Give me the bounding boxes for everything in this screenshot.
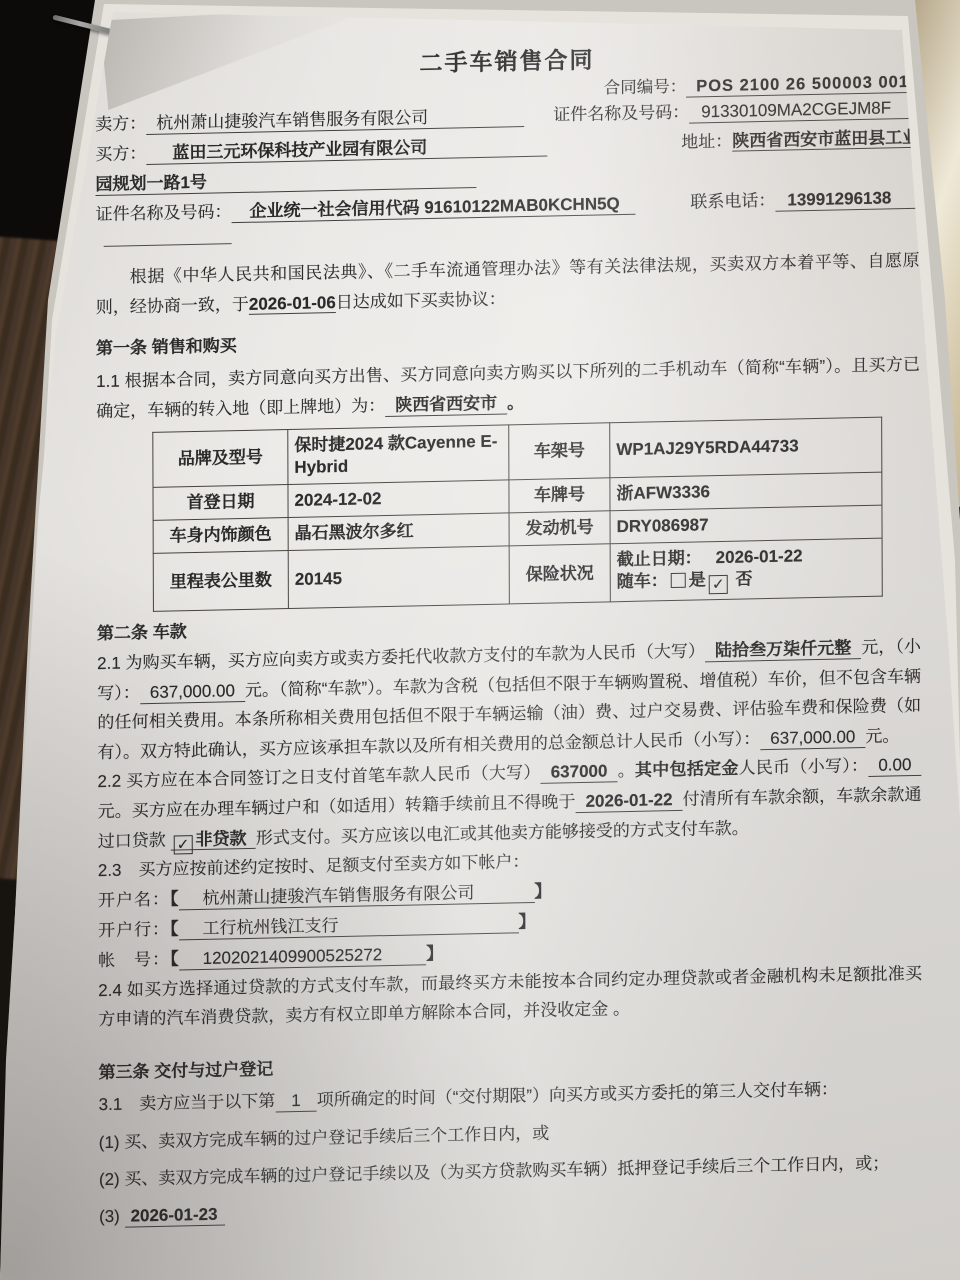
vehicle-table: 品牌及型号 保时捷2024 款Cayenne E-Hybrid 车架号 WP1A… xyxy=(152,417,882,612)
agreement-date: 2026-01-06 xyxy=(249,293,336,315)
color-value: 晶石黑波尔多红 xyxy=(288,513,509,551)
delivery-option-number: 1 xyxy=(275,1091,317,1113)
seller-id-label: 证件名称及号码： xyxy=(553,103,689,125)
brand-label: 品牌及型号 xyxy=(153,430,288,488)
seller-id-value: 91330109MA2CGEJM8F xyxy=(689,98,919,124)
first-reg-label: 首登日期 xyxy=(153,485,288,521)
contract-page: 二手车销售合同 合同编号：POS 2100 26 500003 001 卖方：杭… xyxy=(0,0,960,1280)
checkmark-icon: ✓ xyxy=(712,576,725,593)
yes-label: 是 xyxy=(689,570,706,589)
checkmark-icon: ✓ xyxy=(177,836,190,853)
contract-number-value: POS 2100 26 500003 001 xyxy=(686,73,915,98)
bracket-close: 】 xyxy=(534,882,551,901)
payment-method-underline: ✓非贷款 xyxy=(170,828,256,850)
phone-value: 13991296138 xyxy=(775,188,919,212)
color-label: 车身内饰颜色 xyxy=(153,518,288,554)
bank-account-number: 1202021409900525272 xyxy=(179,944,427,970)
phone-label: 联系电话： xyxy=(690,191,775,212)
buyer-id-value: 企业统一社会信用代码 91610122MAB0KCHN5Q xyxy=(231,194,635,223)
buyer-label: 买方： xyxy=(95,144,146,164)
clause-1-1-period: 。 xyxy=(507,393,524,412)
photo-scene: 二手车销售合同 合同编号：POS 2100 26 500003 001 卖方：杭… xyxy=(0,0,960,1280)
cutoff-label: 截止日期： xyxy=(617,548,702,569)
mileage-label: 里程表公里数 xyxy=(153,551,288,612)
total-amount-numeric: 637,000.00 xyxy=(760,727,865,750)
bank-name-label: 开户名： xyxy=(98,890,170,911)
delivery-item-3-label: (3) xyxy=(99,1207,120,1226)
first-reg-value: 2024-12-02 xyxy=(288,480,509,518)
clause-2-2-seg2: 。 xyxy=(617,761,635,780)
nonloan-option: 非贷款 xyxy=(195,829,246,849)
insurance-withcar-line: 随车：是✓ 否 xyxy=(617,566,876,596)
buyer-name: 蓝田三元环保科技产业园有限公司 xyxy=(146,136,547,165)
bank-branch-label: 开户行： xyxy=(98,920,170,941)
checkbox-nonloan-checked: ✓ xyxy=(173,835,192,854)
buyer-id-label: 证件名称及号码： xyxy=(96,202,232,224)
insurance-cell: 截止日期：2026-01-22 随车：是✓ 否 xyxy=(610,538,882,602)
bank-branch-name: 工行杭州钱江支行 xyxy=(179,912,519,940)
preamble-tail: 日达成如下买卖协议： xyxy=(336,289,506,312)
clause-2-2-seg3: 人民币（小写）： xyxy=(739,756,869,778)
brand-value: 保时捷2024 款Cayenne E-Hybrid xyxy=(288,425,509,485)
deposit-bold-text: 其中包括定金 xyxy=(635,759,739,780)
clause-3-1-seg1: 3.1 卖方应当于以下第 xyxy=(99,1092,276,1115)
bank-account-label: 帐 号： xyxy=(98,950,170,971)
deposit-value: 0.00 xyxy=(868,755,921,777)
loan-option-unchecked: 口贷款 xyxy=(115,830,166,850)
bracket-open: 【 xyxy=(170,920,179,939)
clause-3-1-seg2: 项所确定的时间（“交付期限”）向买方或买方委托的第三人交付车辆： xyxy=(317,1080,838,1110)
address-label: 地址： xyxy=(681,132,732,152)
balance-due-date: 2026-01-22 xyxy=(576,790,683,813)
address-value-line1: 陕西省西安市蓝田县工业 xyxy=(732,128,919,152)
engine-label: 发动机号 xyxy=(509,511,610,546)
cutoff-date: 2026-01-22 xyxy=(702,546,803,567)
amount-capital-cn: 陆拾叁万柒仟元整 xyxy=(705,638,861,662)
withcar-label: 随车： xyxy=(617,571,668,591)
seller-name: 杭州萧山捷骏汽车销售服务有限公司 xyxy=(146,106,524,135)
plate-label: 车牌号 xyxy=(509,478,610,513)
checkbox-yes-unchecked xyxy=(671,573,686,588)
first-payment-value: 637000 xyxy=(541,762,618,785)
clause-2-2-seg4: 元。买方应在办理车辆过户和（如适用）转籍手续前且不得晚于 xyxy=(98,792,576,821)
bracket-close: 】 xyxy=(518,912,535,931)
amount-numeric: 637,000.00 xyxy=(140,681,245,704)
mileage-value: 20145 xyxy=(288,546,509,609)
checkbox-no-checked: ✓ xyxy=(709,575,728,594)
registration-place: 陕西省西安市 xyxy=(385,393,507,417)
seller-label: 卖方： xyxy=(95,114,146,134)
preamble-paragraph: 根据《中华人民共和国民法典》、《二手车流通管理办法》等有关法律法规，买卖双方本着… xyxy=(96,246,920,323)
no-label: 否 xyxy=(735,569,752,588)
bracket-open: 【 xyxy=(170,950,179,969)
clause-1-1: 1.1 根据本合同，卖方同意向买方出售、买方同意向卖方购买以下所列的二手机动车（… xyxy=(96,350,920,427)
delivery-date: 2026-01-23 xyxy=(125,1205,226,1228)
address-value-line2: 园规划一路1号 xyxy=(95,167,476,196)
bracket-close: 】 xyxy=(426,944,443,963)
contract-number-label: 合同编号： xyxy=(604,78,687,98)
insurance-label: 保险状况 xyxy=(509,544,610,604)
clause-2-2: 2.2 买方应在本合同签订之日支付首笔车款人民币（大写）637000。其中包括定… xyxy=(97,750,921,856)
blank-underline xyxy=(104,231,232,247)
bank-account-name: 杭州萧山捷骏汽车销售服务有限公司 xyxy=(178,882,534,910)
bracket-open: 【 xyxy=(170,890,179,909)
clause-2-2-seg6: 形式支付。买方应该以电汇或其他卖方能够接受的方式支付车款。 xyxy=(256,818,749,847)
clause-2-1-seg4: 元。 xyxy=(865,726,899,746)
clause-2-2-seg1: 2.2 买方应在本合同签订之日支付首笔车款人民币（大写） xyxy=(98,763,541,791)
clause-2-1: 2.1 为购买车辆，买方应向卖方或卖方委托代收款方支付的车款为人民币（大写）陆拾… xyxy=(97,632,921,768)
contract-content: 二手车销售合同 合同编号：POS 2100 26 500003 001 卖方：杭… xyxy=(95,39,923,1236)
preamble-text: 根据《中华人民共和国民法典》、《二手车流通管理办法》等有关法律法规，买卖双方本着… xyxy=(96,251,920,317)
vin-value: WP1AJ29Y5RDA44733 xyxy=(610,417,882,478)
vin-label: 车架号 xyxy=(509,423,610,480)
